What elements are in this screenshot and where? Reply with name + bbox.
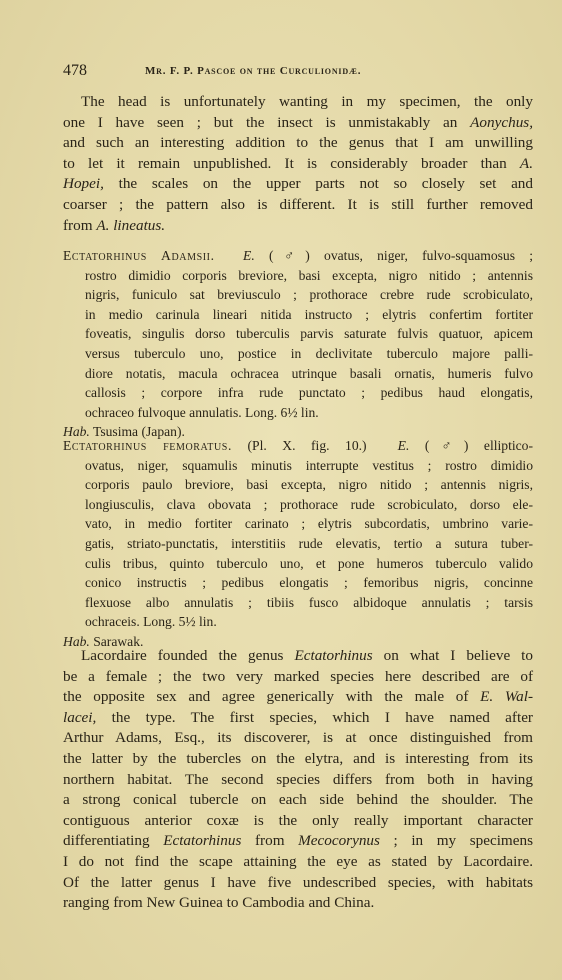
text-line: Of the latter genus I have five undescri… [63,873,533,894]
text-span: one I have seen ; but the insect is unmi… [63,114,470,131]
species-name: Ectatorhinus femoratus. [63,438,232,453]
text-line: flexuose albo annulatis ; tibiis fusco a… [63,593,533,613]
running-head: Mr. F. P. Pascoe on the Curculionidæ. [145,65,361,77]
text-line: conico instructis ; pedibus elongatis ; … [63,573,533,593]
text-span: ovatus, niger, fulvo-squamosus ; [310,248,533,263]
text-span: ; in my specimens [380,832,533,849]
taxon-name: Aonychus, [470,114,533,131]
taxon-name: Ectatorhinus [294,647,372,664]
page-header: 478 Mr. F. P. Pascoe on the Curculionidæ… [63,62,533,82]
plate-reference: (Pl. X. fig. 10.) [232,438,382,453]
taxon-name: E. Wal- [480,688,533,705]
text-span: the type. The first species, which I hav… [96,709,533,726]
text-span: to let it remain unpublished. It is cons… [63,155,520,172]
text-line: differentiating Ectatorhinus from Mecoco… [63,831,533,852]
taxon-name: Ectatorhinus [163,832,241,849]
text-line: rostro dimidio corporis breviore, basi e… [63,266,533,286]
text-line: lacei, the type. The first species, whic… [63,708,533,729]
taxon-name: A. lineatus. [96,217,165,234]
page-number: 478 [63,62,87,80]
text-line: Hopei, the scales on the upper parts not… [63,174,533,195]
text-line: foveatis, singulis dorso tuberculis parv… [63,324,533,344]
text-line: Arthur Adams, Esq., its discoverer, is a… [63,728,533,749]
text-line: The head is unfortunately wanting in my … [63,92,533,113]
text-span: the opposite sex and agree generically w… [63,688,480,705]
species-heading: Ectatorhinus Adamsii. E. (♂) ovatus, nig… [63,246,533,266]
text-line: longiusculis, clava obovata ; prothorace… [63,495,533,515]
genus-abbr: E. [243,248,255,263]
text-line: gatis, striato-punctatis, interstitiis r… [63,534,533,554]
text-line: Lacordaire founded the genus Ectatorhinu… [63,646,533,667]
text-line: ochraceo fulvoque annulatis. Long. 6½ li… [63,403,533,423]
sex-symbol: (♂) [425,438,469,453]
taxon-name: Mecocorynus [298,832,380,849]
sex-symbol: (♂) [269,248,310,263]
text-span: differentiating [63,832,163,849]
text-line: versus tuberculo uno, postice in declivi… [63,344,533,364]
text-line: ochraceis. Long. 5½ lin. [63,612,533,632]
text-line: I do not find the scape attaining the ey… [63,852,533,873]
text-line: northern habitat. The second species dif… [63,770,533,791]
text-line: contiguous anterior coxæ is the only rea… [63,811,533,832]
intro-paragraph: The head is unfortunately wanting in my … [63,92,533,236]
text-line: one I have seen ; but the insect is unmi… [63,113,533,134]
text-span: from [241,832,298,849]
text-line: the opposite sex and agree generically w… [63,687,533,708]
text-line: to let it remain unpublished. It is cons… [63,154,533,175]
species-heading: Ectatorhinus femoratus. (Pl. X. fig. 10.… [63,436,533,456]
text-line: from A. lineatus. [63,216,533,237]
text-line: the latter by the tubercles on the elytr… [63,749,533,770]
taxon-name: lacei, [63,709,96,726]
text-span: from [63,217,96,234]
text-line: nigris, funiculo sat breviusculo ; proth… [63,285,533,305]
text-span: on what I believe to [373,647,533,664]
text-line: coarser ; the pattern also is different.… [63,195,533,216]
taxon-name: A. [520,155,533,172]
text-line: ovatus, niger, squamulis minutis interru… [63,456,533,476]
text-line: in medio carinula lineari nitida instruc… [63,305,533,325]
text-line: diore notatis, macula ochracea utrinque … [63,364,533,384]
species-description-femoratus: Ectatorhinus femoratus. (Pl. X. fig. 10.… [63,436,533,652]
text-span: the scales on the upper parts not so clo… [104,175,533,192]
discussion-paragraph: Lacordaire founded the genus Ectatorhinu… [63,646,533,914]
text-line: and such an interesting addition to the … [63,133,533,154]
document-page: 478 Mr. F. P. Pascoe on the Curculionidæ… [0,0,562,980]
text-line: culis tribus, quinto tuberculo uno, et p… [63,554,533,574]
species-name: Ectatorhinus Adamsii. [63,248,215,263]
text-line: be a female ; the two very marked specie… [63,667,533,688]
species-description-adamsii: Ectatorhinus Adamsii. E. (♂) ovatus, nig… [63,246,533,442]
text-line: corporis paulo breviore, basi excepta, n… [63,475,533,495]
taxon-name: Hopei, [63,175,104,192]
text-span: elliptico- [468,438,533,453]
text-line: callosis ; corpore infra rude punctato ;… [63,383,533,403]
genus-abbr: E. [398,438,410,453]
text-line: a strong conical tubercle on each side b… [63,790,533,811]
text-line: vato, in medio fortiter carinato ; elytr… [63,514,533,534]
text-span: Lacordaire founded the genus [81,647,294,664]
text-line: ranging from New Guinea to Cambodia and … [63,893,533,914]
